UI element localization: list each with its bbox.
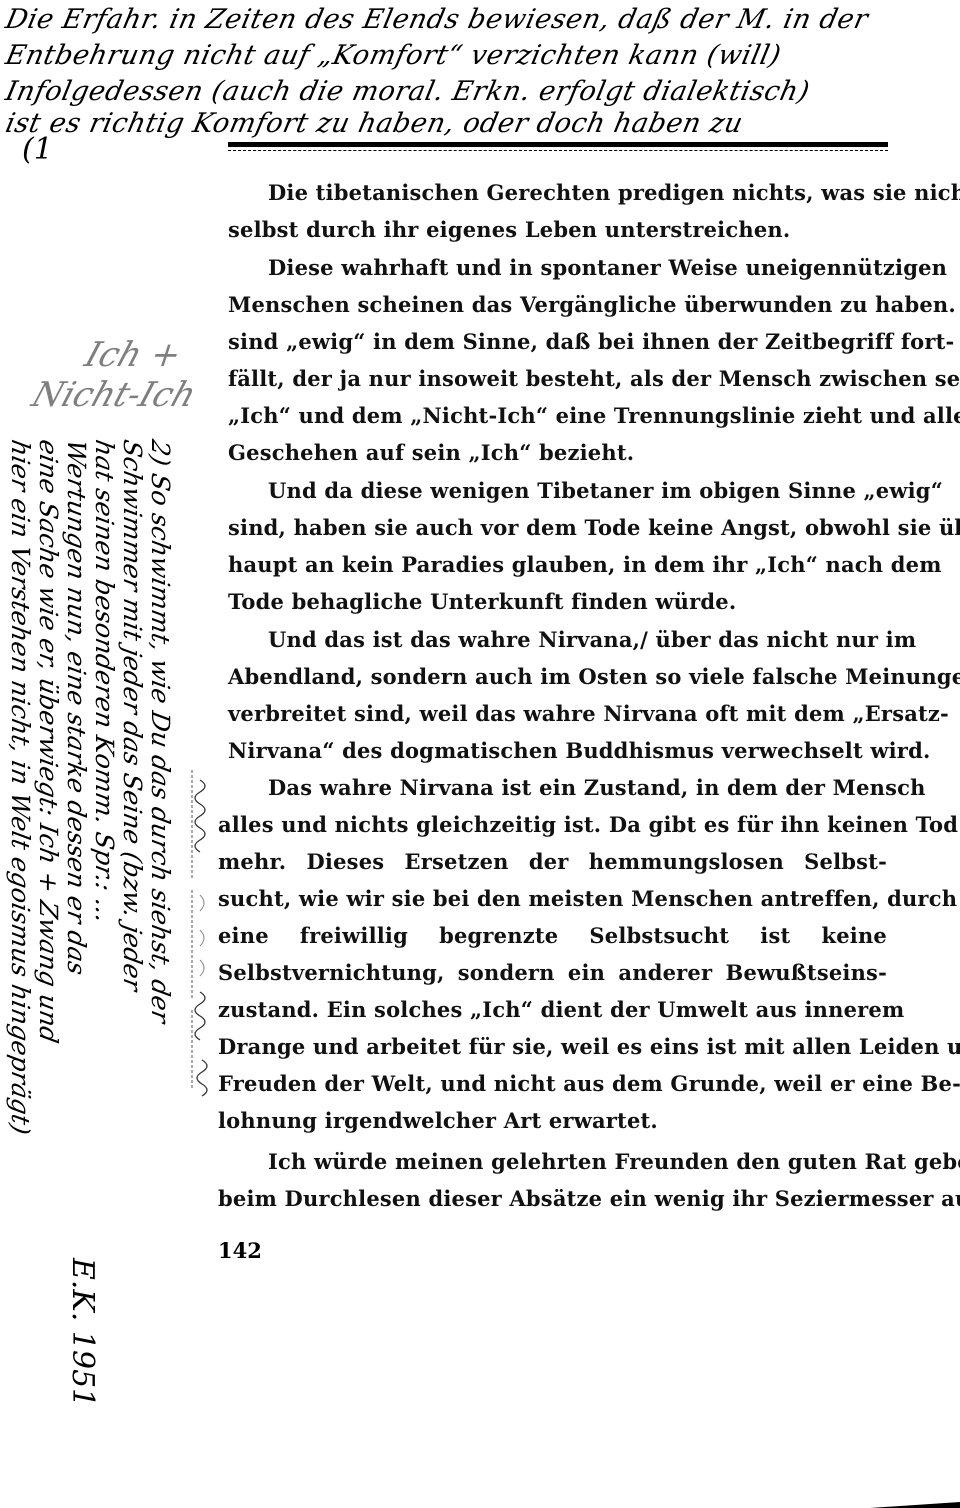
vertical-note-line: eine Sache wie er, überwiegt: Ich + Zwan…	[34, 437, 63, 1045]
text-line: sucht, wie wir sie bei den meisten Mensc…	[218, 886, 887, 911]
text-line: Abendland, sondern auch im Osten so viel…	[228, 664, 887, 689]
handwritten-underline-dashed	[228, 150, 888, 152]
text-line: verbreitet sind, weil das wahre Nirvana …	[228, 701, 887, 726]
margin-note-line: Ich +	[40, 335, 214, 375]
signature: E.K. 1951	[65, 1258, 100, 1407]
text-line: mehr. Dieses Ersetzen der hemmungslosen …	[218, 849, 887, 874]
handwritten-note-line: Infolgedessen (auch die moral. Erkn. erf…	[3, 76, 813, 107]
text-line: Geschehen auf sein „Ich“ bezieht.	[228, 440, 887, 465]
note-marker: (1	[22, 132, 53, 167]
text-line: Freuden der Welt, und nicht aus dem Grun…	[218, 1071, 887, 1096]
text-line: sind „ewig“ in dem Sinne, daß bei ihnen …	[228, 329, 887, 354]
text-line: alles und nichts gleichzeitig ist. Da gi…	[218, 812, 887, 837]
text-line: Tode behagliche Unterkunft finden würde.	[228, 589, 887, 614]
margin-squiggle-marks	[186, 770, 216, 1130]
text-line: Drange und arbeitet für sie, weil es ein…	[218, 1034, 887, 1059]
text-line: Selbstvernichtung, sondern ein anderer B…	[218, 960, 887, 985]
text-line: lohnung irgendwelcher Art erwartet.	[218, 1108, 887, 1133]
text-line: zustand. Ein solches „Ich“ dient der Umw…	[218, 997, 887, 1022]
page-corner-shadow	[870, 1502, 960, 1508]
vertical-note-line: Wertungen nun, eine starke dessen er das	[62, 437, 91, 977]
text-line: Das wahre Nirvana ist ein Zustand, in de…	[268, 775, 887, 800]
text-line: Ich würde meinen gelehrten Freunden den …	[268, 1149, 887, 1174]
text-line: Und das ist das wahre Nirvana,/ über das…	[268, 627, 887, 652]
margin-note-line: Nicht-Ich	[27, 375, 201, 415]
handwritten-note-line: ist es richtig Komfort zu haben, oder do…	[3, 108, 746, 139]
margin-note-ich: Ich + Nicht-Ich	[27, 335, 214, 415]
text-line: selbst durch ihr eigenes Leben unterstre…	[228, 217, 887, 242]
vertical-note-line: 2) So schwimmt, wie Du das durch siehst,…	[146, 437, 175, 1025]
vertical-note-line: Schwimmer mit jeder das Seine (bzw. jede…	[118, 437, 147, 993]
vertical-note-line: hier ein Verstehen nicht, in Welt egoism…	[6, 437, 35, 1136]
text-line: sind, haben sie auch vor dem Tode keine …	[228, 515, 887, 540]
handwritten-underline	[228, 142, 888, 147]
vertical-note-line: hat seinen besonderen Komm. Spr.: ...	[90, 437, 119, 925]
text-line: Menschen scheinen das Vergängliche überw…	[228, 292, 887, 317]
text-line: haupt an kein Paradies glauben, in dem i…	[228, 552, 887, 577]
handwritten-note-line: Die Erfahr. in Zeiten des Elends bewiese…	[3, 4, 871, 35]
text-line: beim Durchlesen dieser Absätze ein wenig…	[218, 1186, 887, 1211]
text-line: Die tibetanischen Gerechten predigen nic…	[268, 180, 887, 205]
text-line: Nirvana“ des dogmatischen Buddhismus ver…	[228, 738, 887, 763]
page-number: 142	[218, 1238, 262, 1263]
text-line: fällt, der ja nur insoweit besteht, als …	[228, 366, 887, 391]
text-line: Diese wahrhaft und in spontaner Weise un…	[268, 255, 887, 280]
handwritten-note-line: Entbehrung nicht auf „Komfort“ verzichte…	[3, 40, 784, 71]
text-line: eine freiwillig begrenzte Selbstsucht is…	[218, 923, 887, 948]
text-line: „Ich“ und dem „Nicht-Ich“ eine Trennungs…	[228, 403, 887, 428]
text-line: Und da diese wenigen Tibetaner im obigen…	[268, 478, 887, 503]
